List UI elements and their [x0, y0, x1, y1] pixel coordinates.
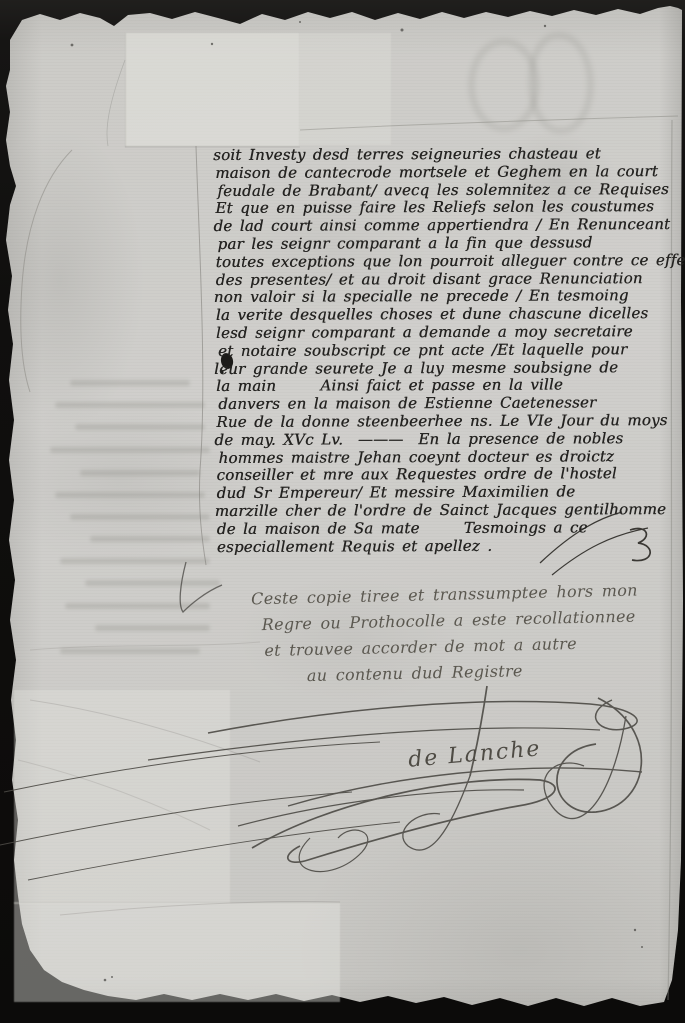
manuscript-line: de la maison de Sa mate Tesmoings a ce — [217, 519, 673, 539]
manuscript-line: soit Investy desd terres seigneuries cha… — [213, 145, 669, 165]
manuscript-line: hommes maistre Jehan coeynt docteur es d… — [218, 448, 674, 468]
show-through-line — [50, 447, 210, 453]
repair-patch-bottom-left — [14, 690, 230, 904]
show-through-line — [60, 648, 200, 654]
manuscript-line: danvers en la maison de Estienne Caetene… — [218, 394, 674, 414]
show-through-line — [70, 380, 190, 386]
show-through-line — [60, 558, 210, 564]
manuscript-line: leur grande seurete Je a luy mesme soubs… — [214, 359, 670, 379]
body-text-block: soit Investy desd terres seigneuries cha… — [215, 145, 673, 556]
show-through-line — [95, 625, 210, 631]
repair-patch-top-left — [125, 33, 299, 147]
show-through-line — [55, 492, 205, 498]
show-through-line — [90, 536, 210, 542]
show-through-line — [85, 580, 220, 586]
show-through-line — [55, 402, 205, 408]
manuscript-line: marzille cher de l'ordre de Sainct Jacqu… — [215, 501, 671, 521]
repair-patch-top-right — [299, 33, 391, 145]
photo-background: { "palette": { "backdrop": "#12110f", "p… — [0, 0, 685, 1023]
show-through-line — [80, 470, 200, 476]
show-through-line — [75, 424, 205, 430]
show-through-line — [65, 603, 210, 609]
show-through-watermark — [462, 28, 594, 132]
manuscript-line: feudale de Brabant/ avecq les solemnitez… — [217, 181, 673, 201]
closing-text-block: Ceste copie tiree et transsumptee hors m… — [251, 578, 633, 691]
manuscript-line: especiallement Requis et apellez . — [217, 537, 673, 557]
manuscript-line: non valoir si la specialle ne precede / … — [214, 287, 670, 307]
show-through-line — [70, 514, 210, 520]
show-through-loop — [528, 32, 594, 134]
manuscript-line: par les seignr comparant a la fin que de… — [217, 234, 673, 254]
repair-patch-bottom-strip — [14, 902, 340, 1002]
